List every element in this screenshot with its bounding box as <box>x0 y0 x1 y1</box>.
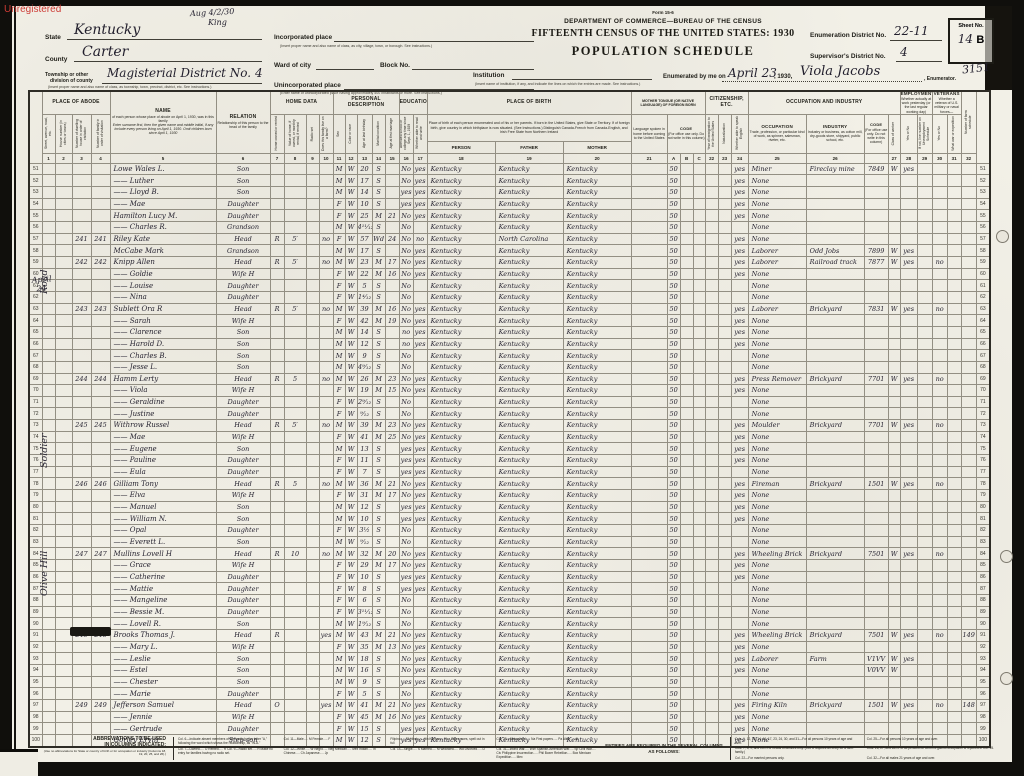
cell-employment <box>900 594 917 606</box>
cell-birthplace-father: Kentucky <box>495 688 563 700</box>
census-row: 96 —— Marie Daughter F W 5 S No <box>29 688 990 700</box>
cell-language <box>631 583 667 595</box>
unincorporated-label: Unincorporated place <box>274 82 341 89</box>
cell-occupation: None <box>748 606 806 618</box>
cell-occupation: None <box>748 676 806 688</box>
ward-label: Ward of city <box>274 62 311 69</box>
census-row: 56 —— Charles R. Grandson M W 4¹¹⁄₁₂ S <box>29 221 990 233</box>
header-radio-set: Radio set <box>306 114 319 153</box>
cell-relation: Son <box>216 361 270 373</box>
cell-farm-schedule <box>961 606 976 618</box>
cell-age-first-marriage <box>385 280 399 292</box>
cell-code-c <box>693 256 705 268</box>
column-number: 11 <box>333 153 345 163</box>
cell-farm <box>319 268 333 280</box>
cell-industry: Fireclay mine <box>806 163 864 175</box>
cell-read-write: yes <box>413 198 427 210</box>
cell-naturalization <box>718 443 731 455</box>
cell-occupation: Firing Kiln <box>748 699 806 711</box>
cell-house-number <box>55 256 72 268</box>
cell-occupation: None <box>748 350 806 362</box>
cell-house-number <box>55 291 72 303</box>
cell-birthplace-person: Kentucky <box>427 198 495 210</box>
cell-immigration-year <box>705 210 718 222</box>
abbreviations-footer: ABBREVIATIONS TO BE USED IN COLUMNS INDI… <box>42 737 994 760</box>
cell-immigration-year <box>705 198 718 210</box>
cell-language <box>631 536 667 548</box>
cell-name: —— Grace <box>110 560 216 572</box>
cell-language <box>631 385 667 397</box>
cell-speaks-english: yes <box>731 431 748 443</box>
cell-class-of-worker: W <box>888 548 900 560</box>
cell-farm <box>319 187 333 199</box>
cell-age: 10 <box>357 571 372 583</box>
census-row: 85 —— Grace Wife H F W 29 M 17 N <box>29 560 990 572</box>
township-value: Magisterial District No. 4 <box>107 66 263 80</box>
census-row: 54 —— Mae Daughter F W 10 S yes <box>29 198 990 210</box>
cell-occupation: None <box>748 187 806 199</box>
cell-birthplace-mother: Kentucky <box>563 326 631 338</box>
cell-read-write <box>413 350 427 362</box>
header-occupation-code: CODE (For office use only. Do not write … <box>864 114 888 153</box>
cell-home-value <box>284 245 306 257</box>
cell-speaks-english: yes <box>731 629 748 641</box>
cell-birthplace-father: Kentucky <box>495 676 563 688</box>
cell-name: Brooks Thomas J. <box>110 629 216 641</box>
cell-industry <box>806 443 864 455</box>
cell-code-a: 50 <box>667 594 680 606</box>
cell-color-race: W <box>345 618 357 630</box>
cell-home-value <box>284 443 306 455</box>
cell-relation: Son <box>216 163 270 175</box>
cell-attended-school: yes <box>399 443 413 455</box>
cell-age-first-marriage <box>385 443 399 455</box>
cell-radio <box>306 350 319 362</box>
cell-veteran <box>932 350 947 362</box>
cell-owned-rented <box>270 187 284 199</box>
cell-occupation: None <box>748 431 806 443</box>
cell-code-b <box>680 443 693 455</box>
cell-naturalization <box>718 490 731 502</box>
cell-name: Jefferson Samuel <box>110 699 216 711</box>
cell-industry <box>806 466 864 478</box>
cell-relation: Daughter <box>216 606 270 618</box>
cell-color-race: W <box>345 641 357 653</box>
cell-house-number <box>55 548 72 560</box>
cell-veteran <box>932 501 947 513</box>
cell-age-first-marriage <box>385 198 399 210</box>
cell-employment <box>900 385 917 397</box>
cell-farm <box>319 723 333 735</box>
cell-line-left: 65 <box>29 326 42 338</box>
header-employment: EMPLOYMENT Whether actually at work yest… <box>900 91 932 114</box>
cell-immigration-year <box>705 385 718 397</box>
cell-line-right: 90 <box>976 618 990 630</box>
cell-farm-schedule <box>961 560 976 572</box>
header-class-of-worker: Class of worker <box>888 114 900 153</box>
census-row: 75 —— Eugene Son M W 13 S yes <box>29 443 990 455</box>
cell-industry: Brickyard <box>806 699 864 711</box>
cell-industry <box>806 664 864 676</box>
cell-code-b <box>680 303 693 315</box>
cell-home-value <box>284 350 306 362</box>
cell-farm <box>319 350 333 362</box>
cell-veteran <box>932 676 947 688</box>
cell-war <box>947 338 961 350</box>
cell-unemployment-line <box>917 187 932 199</box>
cell-occupation: None <box>748 396 806 408</box>
cell-family-number <box>91 361 110 373</box>
cell-war <box>947 385 961 397</box>
cell-street <box>42 338 55 350</box>
cell-language <box>631 256 667 268</box>
cell-age: 12 <box>357 501 372 513</box>
cell-birthplace-father: Kentucky <box>495 210 563 222</box>
cell-language <box>631 548 667 560</box>
column-number: 12 <box>345 153 357 163</box>
header-place-of-birth: PLACE OF BIRTH <box>427 91 631 114</box>
cell-age-first-marriage: 20 <box>385 548 399 560</box>
cell-sex: F <box>333 198 345 210</box>
cell-war <box>947 175 961 187</box>
cell-occupation-code: 7501 <box>864 548 888 560</box>
cell-code-a: 50 <box>667 548 680 560</box>
cell-name: —— Elva <box>110 490 216 502</box>
cell-farm <box>319 396 333 408</box>
cell-street <box>42 326 55 338</box>
cell-radio <box>306 513 319 525</box>
cell-war <box>947 233 961 245</box>
cell-naturalization <box>718 664 731 676</box>
cell-relation: Daughter <box>216 723 270 735</box>
cell-family-number <box>91 431 110 443</box>
cell-occupation-code <box>864 571 888 583</box>
census-row: 81 —— William N. Son M W 10 S y <box>29 513 990 525</box>
cell-age: 1⁹⁄₁₂ <box>357 618 372 630</box>
cell-name: —— Luther <box>110 175 216 187</box>
cell-birthplace-person: Kentucky <box>427 711 495 723</box>
cell-street <box>42 175 55 187</box>
census-row: 69 244 244 Hamm Lerty Head R 5 no M W 26… <box>29 373 990 385</box>
census-row: 64 —— Sarah Wife H F W 42 M 19 N <box>29 315 990 327</box>
cell-radio <box>306 175 319 187</box>
census-row: 84 247 247 Mullins Lovell H Head R 10 no… <box>29 548 990 560</box>
cell-line-right: 86 <box>976 571 990 583</box>
cell-code-a: 50 <box>667 210 680 222</box>
cell-marital: S <box>372 396 385 408</box>
cell-birthplace-mother: Kentucky <box>563 385 631 397</box>
cell-code-c <box>693 536 705 548</box>
cell-marital: S <box>372 466 385 478</box>
cell-birthplace-mother: Kentucky <box>563 583 631 595</box>
cell-employment <box>900 641 917 653</box>
abbreviation-columns: Col. 6—Indicate absent members of the fa… <box>173 737 598 760</box>
cell-house-number <box>55 606 72 618</box>
cell-name: —— Lovell R. <box>110 618 216 630</box>
cell-birthplace-mother: Kentucky <box>563 688 631 700</box>
cell-birthplace-mother: Kentucky <box>563 280 631 292</box>
cell-war <box>947 583 961 595</box>
cell-birthplace-person: Kentucky <box>427 443 495 455</box>
cell-read-write: yes <box>413 723 427 735</box>
cell-farm-schedule <box>961 245 976 257</box>
cell-veteran <box>932 723 947 735</box>
header-birth-person: PERSON <box>427 141 495 153</box>
cell-age: 1⁴⁄₁₂ <box>357 291 372 303</box>
cell-color-race: W <box>345 245 357 257</box>
cell-farm-schedule <box>961 233 976 245</box>
cell-farm <box>319 443 333 455</box>
cell-color-race: W <box>345 548 357 560</box>
cell-code-c <box>693 513 705 525</box>
cell-employment <box>900 315 917 327</box>
cell-family-number <box>91 385 110 397</box>
cell-age: 20 <box>357 163 372 175</box>
cell-line-left: 51 <box>29 163 42 175</box>
cell-dwelling-number: 241 <box>72 233 91 245</box>
cell-home-value <box>284 618 306 630</box>
column-number: 31 <box>947 153 961 163</box>
cell-sex: M <box>333 420 345 432</box>
census-row: 97 249 249 Jefferson Samuel Head O yes M… <box>29 699 990 711</box>
cell-birthplace-person: Kentucky <box>427 221 495 233</box>
cell-radio <box>306 408 319 420</box>
cell-age-first-marriage <box>385 501 399 513</box>
cell-age-first-marriage <box>385 594 399 606</box>
cell-radio <box>306 466 319 478</box>
cell-attended-school: No <box>399 361 413 373</box>
cell-employment <box>900 187 917 199</box>
cell-radio <box>306 688 319 700</box>
cell-read-write: yes <box>413 455 427 467</box>
cell-home-value <box>284 455 306 467</box>
cell-line-right: 70 <box>976 385 990 397</box>
cell-farm <box>319 711 333 723</box>
cell-attended-school: No <box>399 478 413 490</box>
cell-birthplace-father: Kentucky <box>495 664 563 676</box>
cell-farm <box>319 594 333 606</box>
cell-color-race: W <box>345 723 357 735</box>
cell-birthplace-mother: Kentucky <box>563 408 631 420</box>
cell-language <box>631 280 667 292</box>
cell-relation: Head <box>216 303 270 315</box>
cell-farm-schedule <box>961 408 976 420</box>
cell-war <box>947 641 961 653</box>
cell-read-write: yes <box>413 641 427 653</box>
cell-code-c <box>693 175 705 187</box>
cell-home-value: 5 <box>284 373 306 385</box>
cell-attended-school: no <box>399 338 413 350</box>
column-number: 27 <box>888 153 900 163</box>
cell-code-c <box>693 163 705 175</box>
cell-code-c <box>693 431 705 443</box>
cell-owned-rented <box>270 385 284 397</box>
cell-farm-schedule <box>961 594 976 606</box>
cell-unemployment-line <box>917 711 932 723</box>
cell-birthplace-father: Kentucky <box>495 198 563 210</box>
cell-sex: M <box>333 373 345 385</box>
cell-code-c <box>693 291 705 303</box>
cell-occupation: None <box>748 594 806 606</box>
cell-war <box>947 490 961 502</box>
cell-naturalization <box>718 361 731 373</box>
cell-relation: Grandson <box>216 221 270 233</box>
cell-attended-school: No <box>399 536 413 548</box>
cell-farm-schedule <box>961 664 976 676</box>
cell-occupation: None <box>748 536 806 548</box>
cell-name: Sublett Ora R <box>110 303 216 315</box>
cell-owned-rented <box>270 571 284 583</box>
cell-birthplace-person: Kentucky <box>427 629 495 641</box>
cell-industry: Brickyard <box>806 420 864 432</box>
cell-name: Knipp Allen <box>110 256 216 268</box>
cell-war <box>947 548 961 560</box>
cell-code-a: 50 <box>667 688 680 700</box>
cell-speaks-english: yes <box>731 664 748 676</box>
cell-birthplace-mother: Kentucky <box>563 338 631 350</box>
cell-relation: Daughter <box>216 466 270 478</box>
cell-read-write: yes <box>413 490 427 502</box>
cell-relation: Wife H <box>216 431 270 443</box>
header-war-expedition: What war or expedition <box>947 114 961 153</box>
state-label: State <box>45 34 61 41</box>
cell-employment <box>900 396 917 408</box>
cell-veteran: no <box>932 548 947 560</box>
cell-color-race: W <box>345 256 357 268</box>
cell-line-right: 68 <box>976 361 990 373</box>
cell-age-first-marriage: 21 <box>385 478 399 490</box>
cell-line-right: 72 <box>976 408 990 420</box>
cell-name: —— Leslie <box>110 653 216 665</box>
cell-sex: M <box>333 350 345 362</box>
cell-class-of-worker <box>888 723 900 735</box>
cell-read-write: yes <box>413 501 427 513</box>
cell-dwelling-number <box>72 245 91 257</box>
cell-unemployment-line <box>917 268 932 280</box>
cell-house-number <box>55 373 72 385</box>
cell-birthplace-mother: Kentucky <box>563 350 631 362</box>
cell-name: —— Mae <box>110 198 216 210</box>
cell-radio <box>306 711 319 723</box>
cell-birthplace-person: Kentucky <box>427 233 495 245</box>
census-row: 79 —— Elva Wife H F W 31 M 17 No <box>29 490 990 502</box>
cell-relation: Wife H <box>216 641 270 653</box>
cell-family-number <box>91 198 110 210</box>
cell-immigration-year <box>705 268 718 280</box>
cell-language <box>631 618 667 630</box>
column-number-row: 123456789101112131415161718192021ABC2223… <box>29 153 990 163</box>
cell-birthplace-person: Kentucky <box>427 455 495 467</box>
cell-occupation-code <box>864 233 888 245</box>
header-home-data: HOME DATA <box>270 91 333 114</box>
cell-relation: Son <box>216 664 270 676</box>
cell-industry <box>806 525 864 537</box>
cell-war <box>947 431 961 443</box>
entries-required-list: Cols. 1, 12, 13, 14, 16, 17, 23, 24, 30,… <box>730 737 994 760</box>
cell-family-number <box>91 350 110 362</box>
cell-age: 29 <box>357 560 372 572</box>
cell-marital: S <box>372 501 385 513</box>
cell-occupation-code <box>864 385 888 397</box>
cell-line-right: 84 <box>976 548 990 560</box>
cell-occupation: None <box>748 641 806 653</box>
cell-attended-school: No <box>399 385 413 397</box>
header-personal-description: PERSONAL DESCRIPTION <box>333 91 399 114</box>
cell-code-b <box>680 408 693 420</box>
column-number: 16 <box>399 153 413 163</box>
cell-farm-schedule <box>961 711 976 723</box>
cell-line-right: 66 <box>976 338 990 350</box>
cell-code-a: 50 <box>667 315 680 327</box>
punch-hole <box>1000 672 1013 685</box>
cell-immigration-year <box>705 606 718 618</box>
cell-birthplace-mother: Kentucky <box>563 490 631 502</box>
header-relation: RELATION Relationship of this person to … <box>216 91 270 153</box>
cell-radio <box>306 198 319 210</box>
cell-owned-rented <box>270 664 284 676</box>
cell-name: —— Eugene <box>110 443 216 455</box>
cell-birthplace-mother: Kentucky <box>563 571 631 583</box>
state-value: Kentucky <box>74 22 140 38</box>
cell-line-left: 54 <box>29 198 42 210</box>
cell-family-number <box>91 245 110 257</box>
header-read-write: Whether able to read and write <box>413 114 427 153</box>
cell-immigration-year <box>705 618 718 630</box>
cell-immigration-year <box>705 431 718 443</box>
cell-house-number <box>55 583 72 595</box>
cell-dwelling-number <box>72 606 91 618</box>
cell-read-write: yes <box>413 548 427 560</box>
cell-read-write: yes <box>413 443 427 455</box>
cell-attended-school: No <box>399 664 413 676</box>
cell-dwelling-number <box>72 198 91 210</box>
cell-code-b <box>680 560 693 572</box>
cell-dwelling-number: 243 <box>72 303 91 315</box>
cell-occupation-code <box>864 408 888 420</box>
cell-war <box>947 280 961 292</box>
line-number-col-right <box>976 91 990 163</box>
cell-occupation: None <box>748 571 806 583</box>
cell-speaks-english: yes <box>731 315 748 327</box>
cell-birthplace-father: Kentucky <box>495 560 563 572</box>
cell-birthplace-father: Kentucky <box>495 478 563 490</box>
cell-veteran <box>932 466 947 478</box>
cell-war <box>947 653 961 665</box>
cell-read-write: yes <box>413 513 427 525</box>
cell-occupation: None <box>748 175 806 187</box>
column-number: 9 <box>306 153 319 163</box>
cell-dwelling-number <box>72 455 91 467</box>
cell-dwelling-number <box>72 653 91 665</box>
cell-birthplace-person: Kentucky <box>427 291 495 303</box>
cell-birthplace-mother: Kentucky <box>563 548 631 560</box>
cell-class-of-worker: W <box>888 303 900 315</box>
cell-color-race: W <box>345 653 357 665</box>
cell-color-race: W <box>345 711 357 723</box>
cell-naturalization <box>718 478 731 490</box>
cell-birthplace-father: Kentucky <box>495 699 563 711</box>
cell-dwelling-number <box>72 536 91 548</box>
cell-veteran <box>932 268 947 280</box>
cell-industry: Brickyard <box>806 478 864 490</box>
cell-marital: M <box>372 256 385 268</box>
cell-birthplace-father: Kentucky <box>495 175 563 187</box>
cell-code-c <box>693 560 705 572</box>
cell-code-a: 50 <box>667 245 680 257</box>
cell-farm-schedule <box>961 688 976 700</box>
cell-code-a: 50 <box>667 664 680 676</box>
cell-birthplace-mother: Kentucky <box>563 256 631 268</box>
